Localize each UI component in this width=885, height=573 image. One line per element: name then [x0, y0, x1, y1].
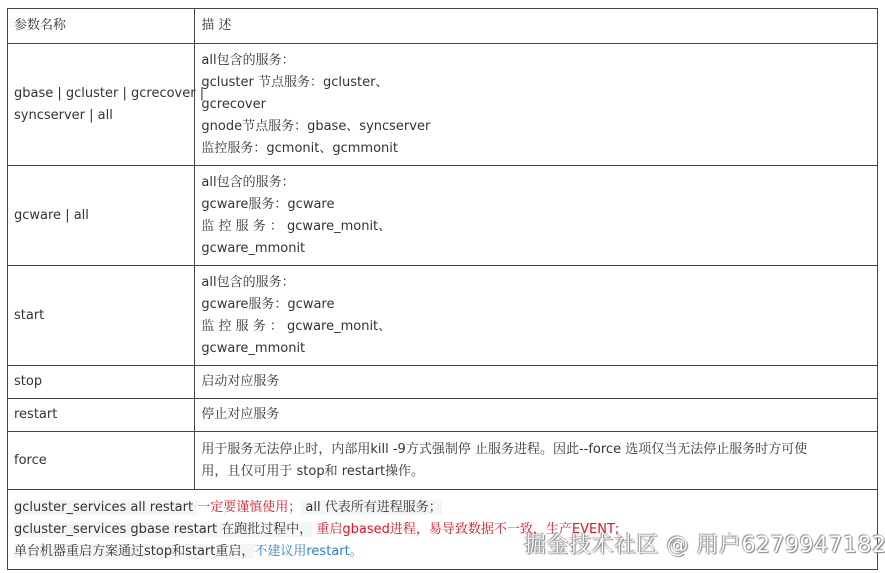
description-line: 监 控 服 务 ： gcware_monit、	[201, 216, 871, 238]
param-name-cell: restart	[8, 399, 195, 432]
description-line: gcware_mmonit	[201, 238, 871, 260]
description-line: gcware_mmonit	[201, 338, 871, 360]
param-name-line: syncserver | all	[14, 105, 188, 127]
parameter-table: 参数名称 描 述 gbase | gcluster | gcrecover | …	[7, 8, 878, 570]
param-name-cell: stop	[8, 366, 195, 399]
param-name-line: gbase | gcluster | gcrecover |	[14, 83, 188, 105]
description-cell: all包含的服务： gcluster 节点服务：gcluster、 gcreco…	[195, 44, 878, 166]
description-line: gcware服务：gcware	[201, 194, 871, 216]
table-row: gbase | gcluster | gcrecover | syncserve…	[8, 44, 878, 166]
table-row: stop 启动对应服务	[8, 366, 878, 399]
note-command: gcluster_services all restart	[14, 500, 197, 515]
note-command: gcluster_services gbase restart 在跑批过程中，	[14, 522, 312, 537]
description-line: gcrecover	[201, 94, 871, 116]
note-advice: 不建议用restart。	[254, 544, 362, 559]
description-line: 用，且仅可用于 stop和 restart操作。	[201, 461, 871, 483]
table-row: start all包含的服务： gcware服务：gcware 监 控 服 务 …	[8, 266, 878, 366]
description-line: 监 控 服 务 ： gcware_monit、	[201, 316, 871, 338]
description-line: gnode节点服务：gbase、syncserver	[201, 116, 871, 138]
param-name-cell: start	[8, 266, 195, 366]
note-text: 单台机器重启方案通过stop和start重启，	[14, 544, 254, 559]
description-line: all包含的服务：	[201, 50, 871, 72]
param-name-cell: gcware | all	[8, 166, 195, 266]
header-description: 描 述	[195, 9, 878, 44]
note-line-1: gcluster_services all restart 一定要谨慎使用； a…	[14, 497, 871, 519]
table-row: force 用于服务无法停止时，内部用kill -9方式强制停 止服务进程。因此…	[8, 432, 878, 490]
description-line: gcware服务：gcware	[201, 294, 871, 316]
description-cell: 用于服务无法停止时，内部用kill -9方式强制停 止服务进程。因此--forc…	[195, 432, 878, 490]
description-cell: all包含的服务： gcware服务：gcware 监 控 服 务 ： gcwa…	[195, 266, 878, 366]
note-text: all 代表所有进程服务；	[301, 500, 441, 515]
param-name-cell: gbase | gcluster | gcrecover | syncserve…	[8, 44, 195, 166]
header-param-name: 参数名称	[8, 9, 195, 44]
table-row: restart 停止对应服务	[8, 399, 878, 432]
description-cell: 停止对应服务	[195, 399, 878, 432]
description-line: gcluster 节点服务：gcluster、	[201, 72, 871, 94]
description-line: all包含的服务：	[201, 172, 871, 194]
table-header-row: 参数名称 描 述	[8, 9, 878, 44]
table-row: gcware | all all包含的服务： gcware服务：gcware 监…	[8, 166, 878, 266]
param-name-cell: force	[8, 432, 195, 490]
note-warning: 一定要谨慎使用；	[197, 500, 301, 515]
watermark: 掘金技术社区 @ 用户627994718262	[524, 528, 885, 559]
description-line: 用于服务无法停止时，内部用kill -9方式强制停 止服务进程。因此--forc…	[201, 439, 871, 461]
description-cell: 启动对应服务	[195, 366, 878, 399]
description-line: all包含的服务：	[201, 272, 871, 294]
description-line: 监控服务：gcmonit、gcmmonit	[201, 138, 871, 160]
description-cell: all包含的服务： gcware服务：gcware 监 控 服 务 ： gcwa…	[195, 166, 878, 266]
